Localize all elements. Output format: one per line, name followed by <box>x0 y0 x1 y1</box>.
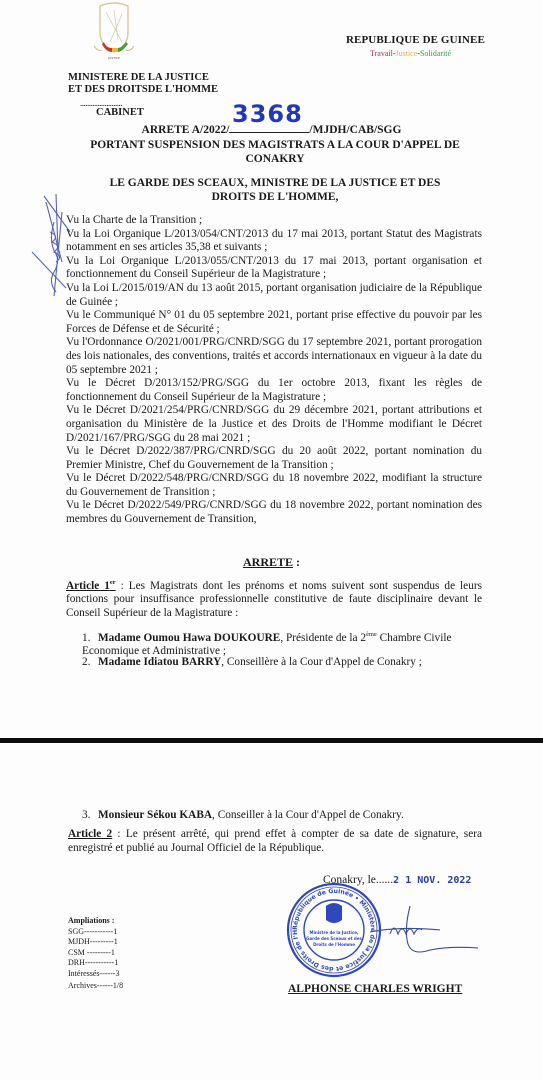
page-divider <box>0 738 543 743</box>
visa-item: Vu la Loi L/2015/019/AN du 13 août 2015,… <box>66 282 482 309</box>
ampliations-block: Ampliations : SGG-----------1 MJDH------… <box>68 916 123 992</box>
ampliation-item: Archives------1/8 <box>68 981 123 992</box>
title-line-1: PORTANT SUSPENSION DES MAGISTRATS A LA C… <box>60 138 490 152</box>
ministry-line-2: ET DES DROITSDE L'HOMME <box>68 84 218 96</box>
ref-prefix: ARRETE A/2022/ <box>142 124 230 136</box>
svg-text:JUSTICE: JUSTICE <box>107 56 120 60</box>
arrete-heading-text: ARRETE <box>243 555 293 569</box>
motto-justice: Justice <box>396 49 418 58</box>
official-seal-icon: République de Guinée • Ministère de la J… <box>286 882 382 978</box>
motto-solidarite: Solidarité <box>420 49 451 58</box>
role-sup: ème <box>366 631 377 638</box>
magistrate-list-item: 1.Madame Oumou Hawa DOUKOURE, Présidente… <box>82 628 482 659</box>
visa-item: Vu le Décret D/2022/548/PRG/CNRD/SGG du … <box>66 472 482 499</box>
magistrate-role: , Conseillère à la Cour d'Appel de Conak… <box>221 656 422 668</box>
signatory-name: ALPHONSE CHARLES WRIGHT <box>288 983 462 995</box>
minister-line-1: LE GARDE DES SCEAUX, MINISTRE DE LA JUST… <box>60 176 490 190</box>
cabinet-label: CABINET <box>96 107 144 118</box>
visa-item: Vu le Communiqué N° 01 du 05 septembre 2… <box>66 309 482 336</box>
visa-item: Vu le Décret D/2021/254/PRG/CNRD/SGG du … <box>66 404 482 445</box>
date-stamp-value: 2 1 NOV. 2022 <box>393 875 471 886</box>
ampliation-item: CSM ---------1 <box>68 948 123 959</box>
article-2-label: Article 2 <box>68 828 112 840</box>
article-1: Article 1er : Les Magistrats dont les pr… <box>66 576 482 621</box>
minister-line-2: DROITS DE L'HOMME, <box>60 190 490 204</box>
ampliation-item: SGG-----------1 <box>68 927 123 938</box>
article-2-text: : Le présent arrêté, qui prend effet à c… <box>68 828 482 854</box>
handwritten-signature-icon <box>370 900 480 960</box>
ampliation-item: DRH-----------1 <box>68 958 123 969</box>
item-number: 1. <box>82 632 98 646</box>
visas-section: Vu la Charte de la Transition ; Vu la Lo… <box>66 214 482 527</box>
svg-text:Droits de l'Homme: Droits de l'Homme <box>313 942 355 947</box>
visa-item: Vu la Loi Organique L/2013/054/CNT/2013 … <box>66 228 482 255</box>
ministry-line-1: MINISTERE DE LA JUSTICE <box>68 72 218 84</box>
article-2: Article 2 : Le présent arrêté, qui prend… <box>68 827 482 855</box>
ref-suffix: /MJDH/CAB/SGG <box>309 124 401 136</box>
svg-text:Ministre de la Justice,: Ministre de la Justice, <box>310 930 359 935</box>
visa-item: Vu l'Ordonnance O/2021/001/PRG/CNRD/SGG … <box>66 336 482 377</box>
magistrate-list-item: 2.Madame Idiatou BARRY, Conseillère à la… <box>82 656 482 670</box>
minister-heading: LE GARDE DES SCEAUX, MINISTRE DE LA JUST… <box>60 176 490 204</box>
svg-text:Garde des Sceaux et des: Garde des Sceaux et des <box>306 936 362 941</box>
national-motto: Travail-Justice-Solidarité <box>370 49 451 58</box>
title-line-2: CONAKRY <box>60 152 490 166</box>
ampliation-item: MJDH---------1 <box>68 937 123 948</box>
document-title: PORTANT SUSPENSION DES MAGISTRATS A LA C… <box>60 138 490 166</box>
item-number: 3. <box>82 809 98 823</box>
magistrate-role: , Présidente de la 2 <box>280 632 366 644</box>
arrete-colon: : <box>293 555 300 569</box>
visa-item: Vu la Loi Organique L/2013/055/CNT/2013 … <box>66 255 482 282</box>
visa-item: Vu la Charte de la Transition ; <box>66 214 482 228</box>
ampliations-heading: Ampliations : <box>68 916 123 927</box>
visa-item: Vu le Décret D/2013/152/PRG/SGG du 1er o… <box>66 377 482 404</box>
motto-travail: Travail <box>370 49 393 58</box>
magistrate-list-item: 3.Monsieur Sékou KABA, Conseiller à la C… <box>82 809 482 823</box>
magistrate-name: Madame Oumou Hawa DOUKOURE <box>98 632 280 644</box>
ref-number-blank <box>229 123 309 133</box>
magistrate-role: , Conseiller à la Cour d'Appel de Conakr… <box>212 809 404 821</box>
magistrate-name: Monsieur Sékou KABA <box>98 809 212 821</box>
arrete-reference: ARRETE A/2022//MJDH/CAB/SGG <box>0 123 543 136</box>
item-number: 2. <box>82 656 98 670</box>
guinea-coat-of-arms-icon: JUSTICE <box>92 2 136 64</box>
ministry-name: MINISTERE DE LA JUSTICE ET DES DROITSDE … <box>68 72 218 96</box>
arrete-heading: ARRETE : <box>0 555 543 570</box>
article-1-label: Article 1er <box>66 580 116 592</box>
republic-title: REPUBLIQUE DE GUINEE <box>346 34 485 46</box>
ampliation-item: Intéressés------3 <box>68 969 123 980</box>
article-1-text: : Les Magistrats dont les prénoms et nom… <box>66 580 482 619</box>
visa-item: Vu le Décret D/2022/549/PRG/CNRD/SGG du … <box>66 499 482 526</box>
visa-item: Vu le Décret D/2022/387/PRG/CNRD/SGG du … <box>66 445 482 472</box>
magistrate-name: Madame Idiatou BARRY <box>98 656 221 668</box>
